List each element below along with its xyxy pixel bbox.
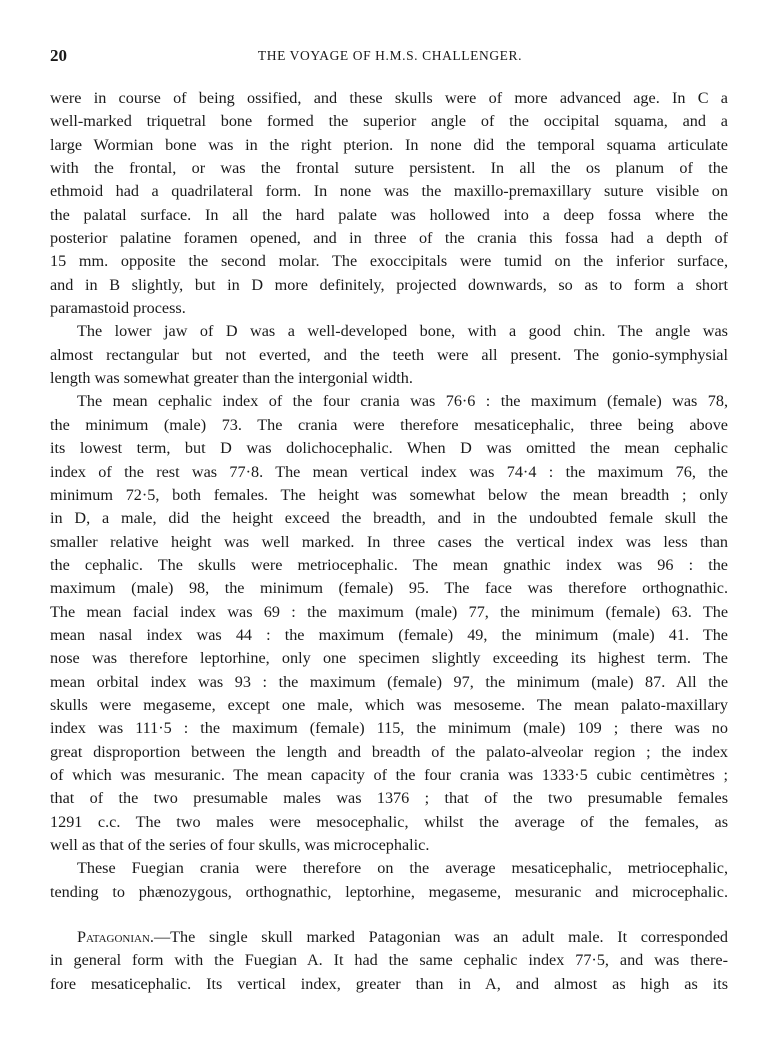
text-line: mean nasal index was 44 : the maximum (f… bbox=[50, 624, 728, 647]
body-text: were in course of being ossified, and th… bbox=[50, 87, 728, 996]
text-line: its lowest term, but D was dolichocephal… bbox=[50, 437, 728, 460]
text-line: were in course of being ossified, and th… bbox=[50, 87, 728, 110]
text-line: and in B slightly, but in D more definit… bbox=[50, 274, 728, 297]
text-line: length was somewhat greater than the int… bbox=[50, 367, 728, 390]
text-line: tending to phænozygous, orthognathic, le… bbox=[50, 881, 728, 904]
text-line: The mean cephalic index of the four cran… bbox=[50, 390, 728, 413]
text-line: well as that of the series of four skull… bbox=[50, 834, 728, 857]
text-line: the minimum (male) 73. The crania were t… bbox=[50, 414, 728, 437]
text-line: maximum (male) 98, the minimum (female) … bbox=[50, 577, 728, 600]
text-line: of which was mesuranic. The mean capacit… bbox=[50, 764, 728, 787]
text-line: in general form with the Fuegian A. It h… bbox=[50, 949, 728, 972]
text-line: the cephalic. The skulls were metrioceph… bbox=[50, 554, 728, 577]
text-line: the palatal surface. In all the hard pal… bbox=[50, 204, 728, 227]
text-line: ethmoid had a quadrilateral form. In non… bbox=[50, 180, 728, 203]
text-line: posterior palatine foramen opened, and i… bbox=[50, 227, 728, 250]
text-line: that of the two presumable males was 137… bbox=[50, 787, 728, 810]
text-line: The mean facial index was 69 : the maxim… bbox=[50, 601, 728, 624]
text-line: nose was therefore leptorhine, only one … bbox=[50, 647, 728, 670]
text-line: paramastoid process. bbox=[50, 297, 728, 320]
paragraph-ossification: were in course of being ossified, and th… bbox=[50, 87, 728, 320]
text-line: fore mesaticephalic. Its vertical index,… bbox=[50, 973, 728, 996]
text-line: in D, a male, did the height exceed the … bbox=[50, 507, 728, 530]
text-line: with the frontal, or was the frontal sut… bbox=[50, 157, 728, 180]
text-line: These Fuegian crania were therefore on t… bbox=[50, 857, 728, 880]
page-header: 20 THE VOYAGE OF H.M.S. CHALLENGER. bbox=[50, 46, 730, 68]
text-line: 1291 c.c. The two males were mesocephali… bbox=[50, 811, 728, 834]
text-fragment: —The single skull marked Patagonian was … bbox=[154, 928, 728, 946]
paragraph-summary: These Fuegian crania were therefore on t… bbox=[50, 857, 728, 904]
text-line: almost rectangular but not everted, and … bbox=[50, 344, 728, 367]
text-line: 15 mm. opposite the second molar. The ex… bbox=[50, 250, 728, 273]
text-line: smaller relative height was well marked.… bbox=[50, 531, 728, 554]
text-line: index was 111·5 : the maximum (female) 1… bbox=[50, 717, 728, 740]
text-line: mean orbital index was 93 : the maximum … bbox=[50, 671, 728, 694]
section-gap bbox=[50, 904, 728, 926]
section-heading: Patagonian. bbox=[77, 928, 154, 946]
paragraph-lower-jaw: The lower jaw of D was a well-developed … bbox=[50, 320, 728, 390]
text-line: minimum 72·5, both females. The height w… bbox=[50, 484, 728, 507]
text-line: well-marked triquetral bone formed the s… bbox=[50, 110, 728, 133]
paragraph-patagonian: Patagonian.—The single skull marked Pata… bbox=[50, 926, 728, 996]
text-line: great disproportion between the length a… bbox=[50, 741, 728, 764]
text-line: The lower jaw of D was a well-developed … bbox=[50, 320, 728, 343]
text-line: Patagonian.—The single skull marked Pata… bbox=[50, 926, 728, 949]
text-line: skulls were megaseme, except one male, w… bbox=[50, 694, 728, 717]
running-title: THE VOYAGE OF H.M.S. CHALLENGER. bbox=[50, 48, 730, 64]
text-line: index of the rest was 77·8. The mean ver… bbox=[50, 461, 728, 484]
paragraph-indices: The mean cephalic index of the four cran… bbox=[50, 390, 728, 857]
text-line: large Wormian bone was in the right pter… bbox=[50, 134, 728, 157]
